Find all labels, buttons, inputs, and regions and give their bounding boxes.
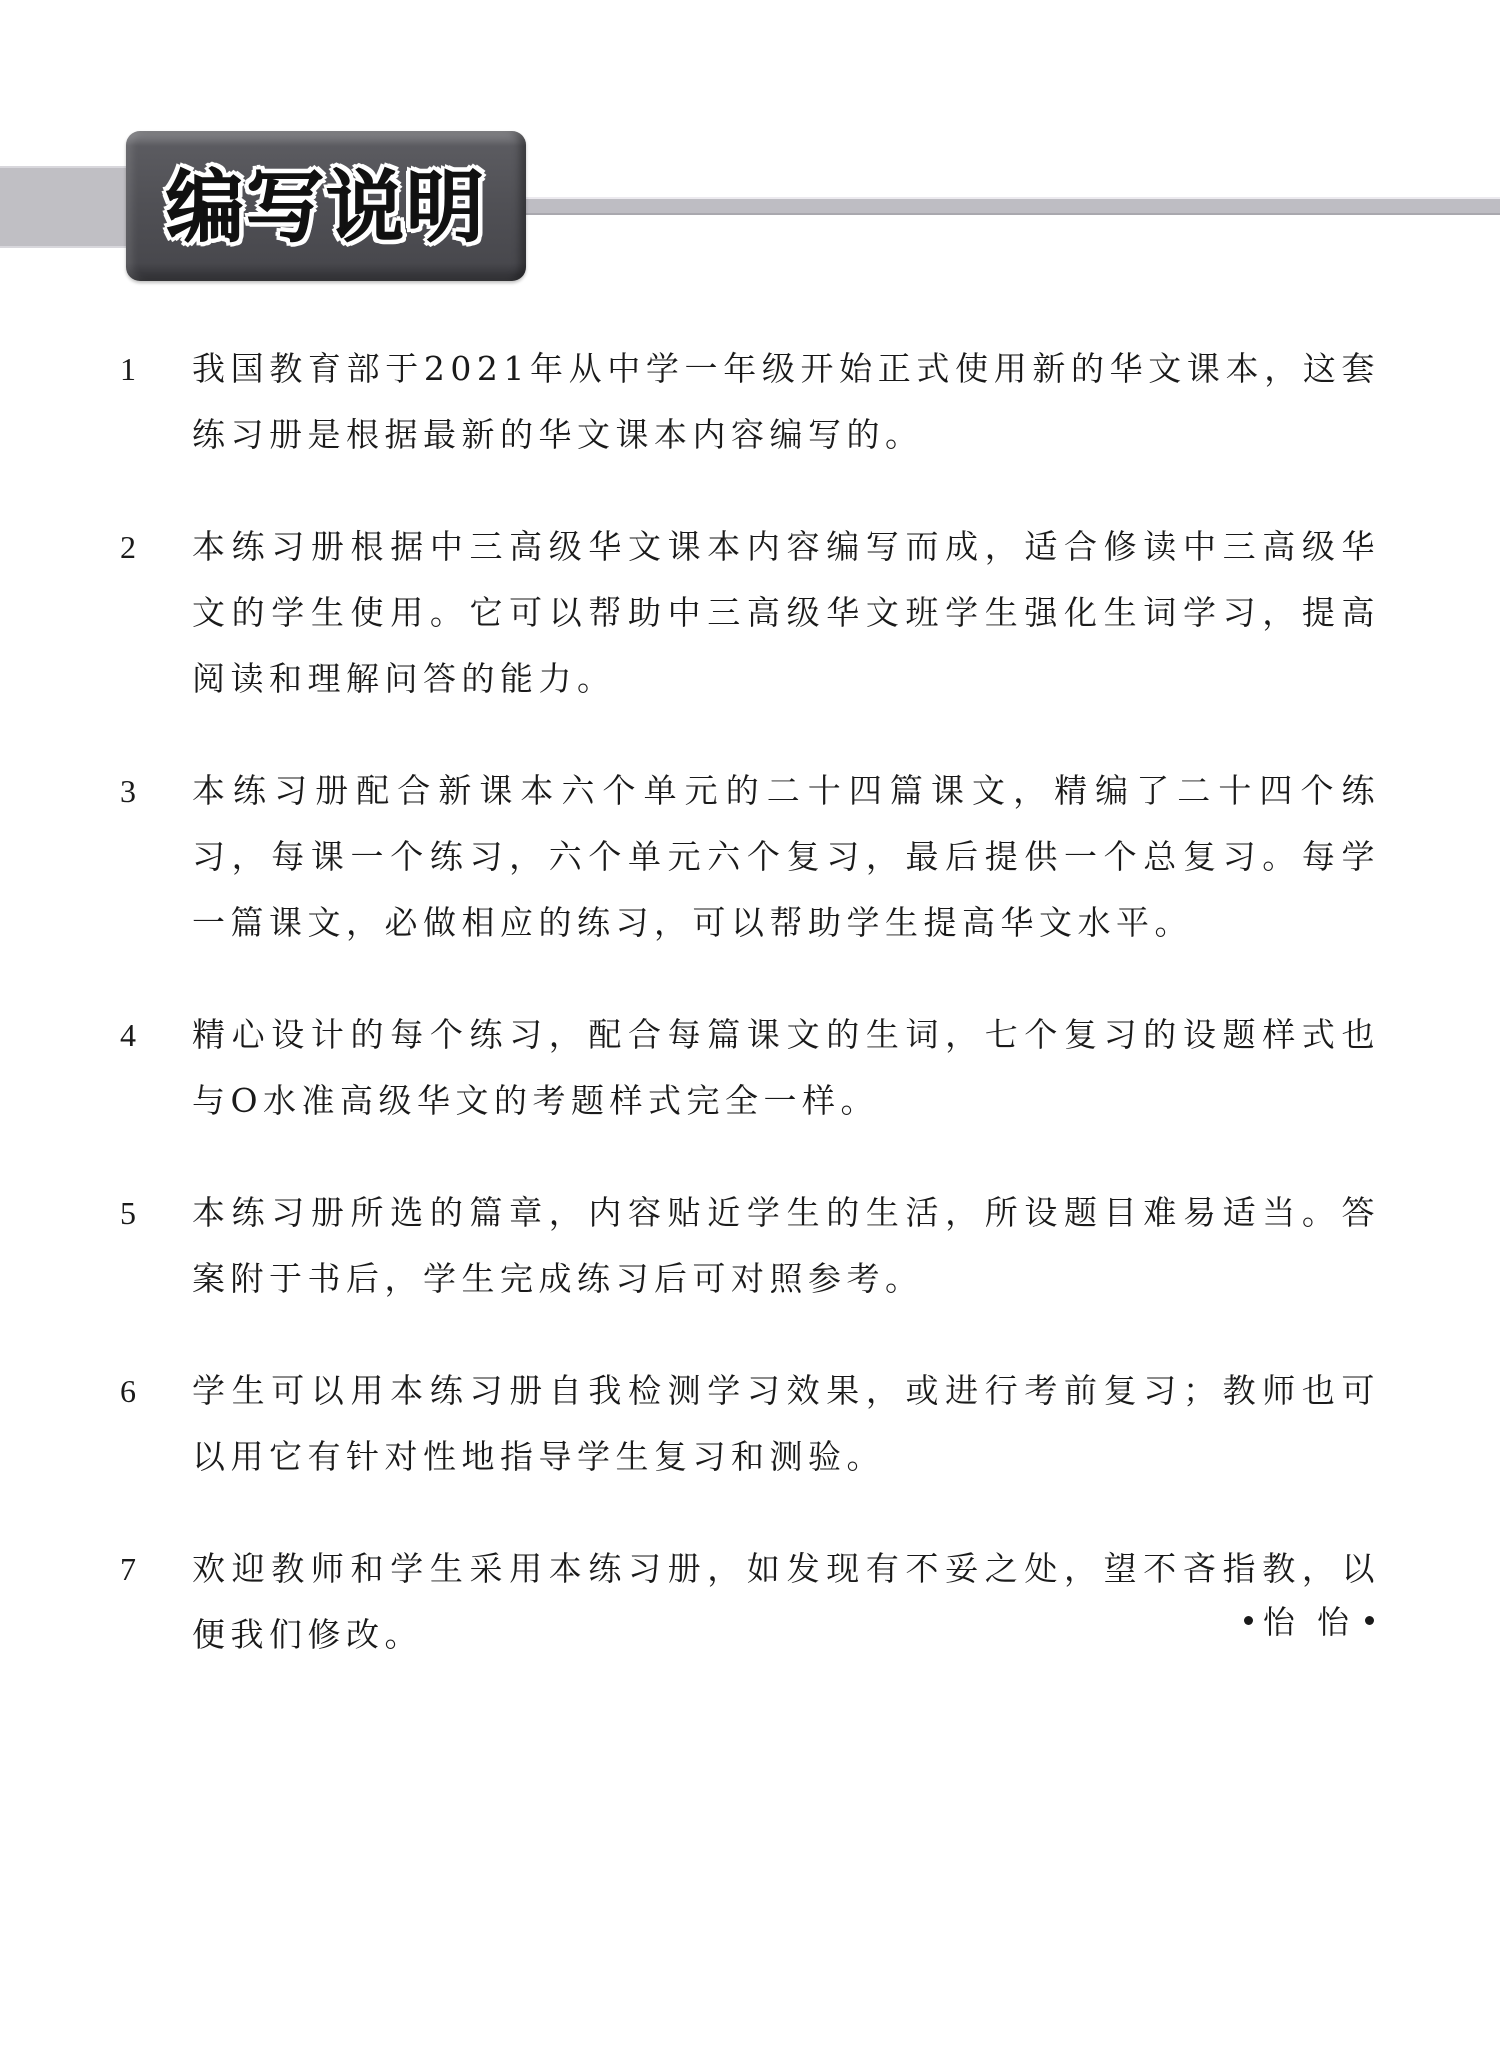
note-number: 6 (120, 1358, 192, 1424)
notes-list: 1 我国教育部于2021年从中学一年级开始正式使用新的华文课本，这套练习册是根据… (120, 336, 1380, 1714)
note-item-5: 5 本练习册所选的篇章，内容贴近学生的生活，所设题目难易适当。答案附于书后，学生… (120, 1180, 1380, 1312)
note-number: 7 (120, 1536, 192, 1602)
bullet-dot-icon (1365, 1616, 1374, 1625)
note-text: 欢迎教师和学生采用本练习册，如发现有不妥之处，望不吝指教，以便我们修改。 (192, 1536, 1380, 1668)
note-item-2: 2 本练习册根据中三高级华文课本内容编写而成，适合修读中三高级华文的学生使用。它… (120, 514, 1380, 712)
note-text: 学生可以用本练习册自我检测学习效果，或进行考前复习；教师也可以用它有针对性地指导… (192, 1358, 1380, 1490)
note-text: 本练习册配合新课本六个单元的二十四篇课文，精编了二十四个练习，每课一个练习，六个… (192, 758, 1380, 956)
author-signature: 怡 怡 (1244, 1597, 1374, 1643)
note-text: 我国教育部于2021年从中学一年级开始正式使用新的华文课本，这套练习册是根据最新… (192, 336, 1380, 468)
note-item-6: 6 学生可以用本练习册自我检测学习效果，或进行考前复习；教师也可以用它有针对性地… (120, 1358, 1380, 1490)
title-banner: 编写说明 (126, 131, 526, 281)
note-text: 精心设计的每个练习，配合每篇课文的生词，七个复习的设题样式也与O水准高级华文的考… (192, 1002, 1380, 1134)
note-item-1: 1 我国教育部于2021年从中学一年级开始正式使用新的华文课本，这套练习册是根据… (120, 336, 1380, 468)
note-text: 本练习册所选的篇章，内容贴近学生的生活，所设题目难易适当。答案附于书后，学生完成… (192, 1180, 1380, 1312)
page-title: 编写说明 (166, 169, 486, 247)
note-item-4: 4 精心设计的每个练习，配合每篇课文的生词，七个复习的设题样式也与O水准高级华文… (120, 1002, 1380, 1134)
note-text: 本练习册根据中三高级华文课本内容编写而成，适合修读中三高级华文的学生使用。它可以… (192, 514, 1380, 712)
note-item-3: 3 本练习册配合新课本六个单元的二十四篇课文，精编了二十四个练习，每课一个练习，… (120, 758, 1380, 956)
note-number: 1 (120, 336, 192, 402)
note-number: 3 (120, 758, 192, 824)
header-rule-right (520, 197, 1500, 215)
note-item-7: 7 欢迎教师和学生采用本练习册，如发现有不妥之处，望不吝指教，以便我们修改。 (120, 1536, 1380, 1668)
note-number: 5 (120, 1180, 192, 1246)
note-number: 4 (120, 1002, 192, 1068)
note-number: 2 (120, 514, 192, 580)
bullet-dot-icon (1244, 1616, 1253, 1625)
header-band-left (0, 166, 130, 248)
author-name: 怡 怡 (1263, 1597, 1355, 1643)
